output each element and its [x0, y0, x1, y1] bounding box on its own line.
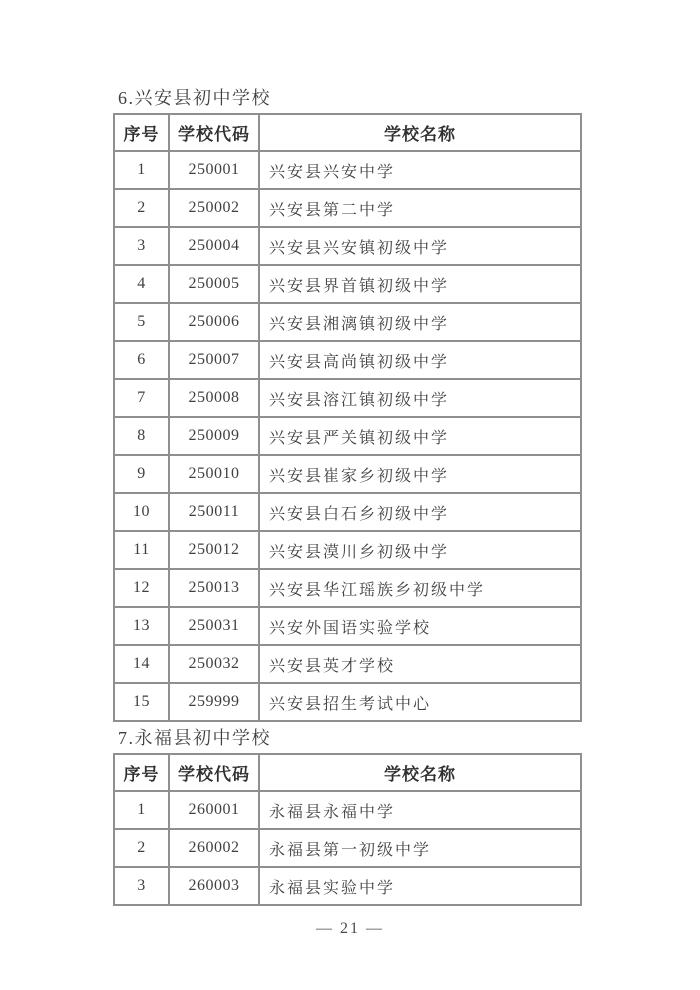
school-code: 250006 — [169, 303, 259, 341]
school-code: 250013 — [169, 569, 259, 607]
school-name: 兴安县第二中学 — [259, 189, 581, 227]
row-index: 3 — [114, 227, 169, 265]
row-index: 4 — [114, 265, 169, 303]
column-header-school-code: 学校代码 — [169, 114, 259, 151]
row-index: 14 — [114, 645, 169, 683]
table-row: 7250008兴安县溶江镇初级中学 — [114, 379, 581, 417]
school-name: 兴安县湘漓镇初级中学 — [259, 303, 581, 341]
table-row: 15259999兴安县招生考试中心 — [114, 683, 581, 721]
school-name: 永福县实验中学 — [259, 867, 581, 905]
section-heading-yongfu: 7.永福县初中学校 — [118, 726, 580, 751]
school-name: 兴安县兴安中学 — [259, 151, 581, 189]
document-page: 6.兴安县初中学校 序号 学校代码 学校名称 1250001兴安县兴安中学225… — [0, 0, 700, 990]
school-name: 兴安县兴安镇初级中学 — [259, 227, 581, 265]
table-row: 10250011兴安县白石乡初级中学 — [114, 493, 581, 531]
school-code: 250011 — [169, 493, 259, 531]
school-code: 260001 — [169, 791, 259, 829]
school-code: 250005 — [169, 265, 259, 303]
school-name: 兴安外国语实验学校 — [259, 607, 581, 645]
school-name: 永福县永福中学 — [259, 791, 581, 829]
table-row: 1260001永福县永福中学 — [114, 791, 581, 829]
table-row: 2260002永福县第一初级中学 — [114, 829, 581, 867]
column-header-school-name: 学校名称 — [259, 114, 581, 151]
school-name: 兴安县华江瑶族乡初级中学 — [259, 569, 581, 607]
table-row: 5250006兴安县湘漓镇初级中学 — [114, 303, 581, 341]
row-index: 15 — [114, 683, 169, 721]
section-heading-xingan: 6.兴安县初中学校 — [118, 86, 580, 111]
school-name: 兴安县白石乡初级中学 — [259, 493, 581, 531]
row-index: 2 — [114, 829, 169, 867]
page-content: 6.兴安县初中学校 序号 学校代码 学校名称 1250001兴安县兴安中学225… — [113, 82, 580, 906]
row-index: 11 — [114, 531, 169, 569]
row-index: 1 — [114, 151, 169, 189]
table-row: 2250002兴安县第二中学 — [114, 189, 581, 227]
column-header-school-name: 学校名称 — [259, 754, 581, 791]
row-index: 2 — [114, 189, 169, 227]
xingan-schools-table: 序号 学校代码 学校名称 1250001兴安县兴安中学2250002兴安县第二中… — [113, 113, 582, 722]
column-header-index: 序号 — [114, 754, 169, 791]
table-row: 14250032兴安县英才学校 — [114, 645, 581, 683]
school-code: 250008 — [169, 379, 259, 417]
row-index: 13 — [114, 607, 169, 645]
school-code: 260002 — [169, 829, 259, 867]
school-code: 250032 — [169, 645, 259, 683]
school-code: 250031 — [169, 607, 259, 645]
school-name: 兴安县高尚镇初级中学 — [259, 341, 581, 379]
row-index: 10 — [114, 493, 169, 531]
school-name: 兴安县界首镇初级中学 — [259, 265, 581, 303]
row-index: 5 — [114, 303, 169, 341]
school-code: 250010 — [169, 455, 259, 493]
school-name: 永福县第一初级中学 — [259, 829, 581, 867]
table-row: 9250010兴安县崔家乡初级中学 — [114, 455, 581, 493]
table-row: 12250013兴安县华江瑶族乡初级中学 — [114, 569, 581, 607]
school-name: 兴安县招生考试中心 — [259, 683, 581, 721]
table-row: 13250031兴安外国语实验学校 — [114, 607, 581, 645]
table-row: 3250004兴安县兴安镇初级中学 — [114, 227, 581, 265]
table-header-row: 序号 学校代码 学校名称 — [114, 114, 581, 151]
table-row: 4250005兴安县界首镇初级中学 — [114, 265, 581, 303]
table-row: 3260003永福县实验中学 — [114, 867, 581, 905]
school-code: 250001 — [169, 151, 259, 189]
row-index: 7 — [114, 379, 169, 417]
table-row: 11250012兴安县漠川乡初级中学 — [114, 531, 581, 569]
table-row: 8250009兴安县严关镇初级中学 — [114, 417, 581, 455]
page-number: — 21 — — [0, 920, 700, 938]
row-index: 8 — [114, 417, 169, 455]
school-code: 250012 — [169, 531, 259, 569]
column-header-school-code: 学校代码 — [169, 754, 259, 791]
school-name: 兴安县严关镇初级中学 — [259, 417, 581, 455]
school-code: 250009 — [169, 417, 259, 455]
row-index: 1 — [114, 791, 169, 829]
table-header-row: 序号 学校代码 学校名称 — [114, 754, 581, 791]
school-code: 259999 — [169, 683, 259, 721]
school-name: 兴安县崔家乡初级中学 — [259, 455, 581, 493]
school-code: 250007 — [169, 341, 259, 379]
school-code: 250004 — [169, 227, 259, 265]
table-row: 6250007兴安县高尚镇初级中学 — [114, 341, 581, 379]
column-header-index: 序号 — [114, 114, 169, 151]
school-name: 兴安县英才学校 — [259, 645, 581, 683]
yongfu-schools-table: 序号 学校代码 学校名称 1260001永福县永福中学2260002永福县第一初… — [113, 753, 582, 906]
row-index: 12 — [114, 569, 169, 607]
row-index: 6 — [114, 341, 169, 379]
row-index: 9 — [114, 455, 169, 493]
school-code: 260003 — [169, 867, 259, 905]
school-name: 兴安县溶江镇初级中学 — [259, 379, 581, 417]
school-code: 250002 — [169, 189, 259, 227]
table-row: 1250001兴安县兴安中学 — [114, 151, 581, 189]
row-index: 3 — [114, 867, 169, 905]
school-name: 兴安县漠川乡初级中学 — [259, 531, 581, 569]
